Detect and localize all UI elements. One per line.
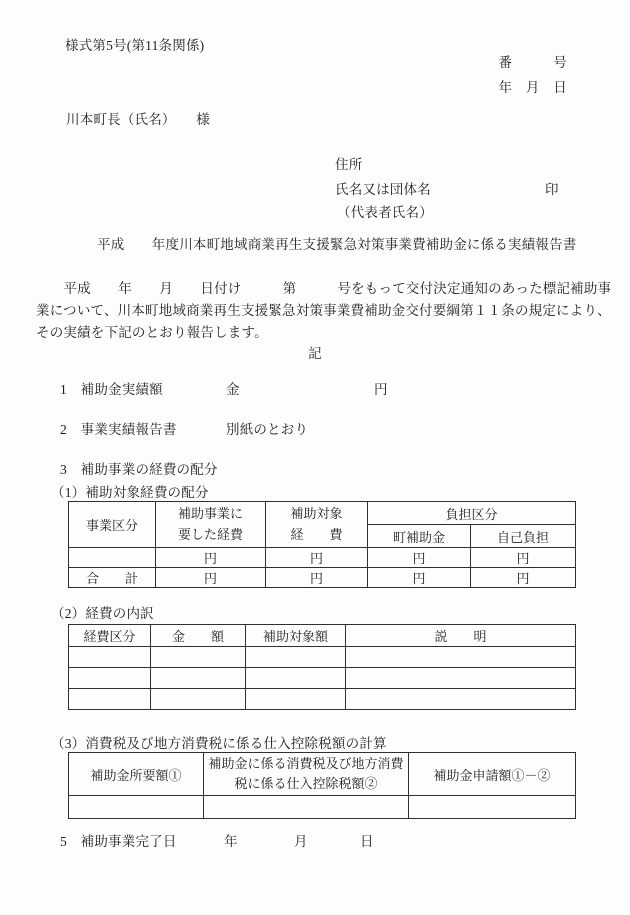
empty-cell: [151, 689, 246, 710]
empty-cell: [246, 689, 346, 710]
col-header-tax-deduction-line2: 税に係る仕入控除税額②: [204, 774, 408, 794]
item2-value: 別紙のとおり: [226, 421, 308, 439]
applicant-name-label: 氏名又は団体名: [335, 181, 431, 199]
ki-heading: 記: [0, 345, 630, 363]
col-header-business-category: 事業区分: [69, 502, 156, 548]
item1-amount-prefix: 金: [226, 381, 240, 399]
tax-deduction-table: 補助金所要額① 補助金に係る消費税及び地方消費 税に係る仕入控除税額② 補助金申…: [68, 752, 576, 819]
yen-unit-cell: 円: [156, 568, 266, 588]
col-header-eligible-amount: 補助対象額: [246, 625, 346, 647]
item5-year-label: 年: [224, 833, 238, 851]
section2-heading: （2）経費の内訳: [51, 605, 154, 623]
empty-cell: [409, 796, 576, 819]
address-label: 住所: [335, 156, 362, 174]
empty-cell: [246, 668, 346, 689]
yen-unit-cell: 円: [471, 548, 576, 568]
col-header-explanation: 説 明: [346, 625, 576, 647]
yen-unit-cell: 円: [368, 548, 471, 568]
item3-label: 3 補助事業の経費の配分: [60, 461, 218, 479]
body-paragraph-line-2: 業について、川本町地域商業再生支援緊急対策事業費補助金交付要綱第１１条の規定によ…: [36, 302, 611, 320]
empty-cell: [246, 647, 346, 668]
col-header-eligible-cost-line2: 経 費: [266, 525, 367, 545]
table-row: [69, 668, 576, 689]
col-header-project-cost-line1: 補助事業に: [156, 504, 265, 524]
table-row: [69, 689, 576, 710]
expense-breakdown-table: 経費区分 金 額 補助対象額 説 明: [68, 624, 576, 710]
item5-month-label: 月: [294, 833, 308, 851]
col-header-subsidy-application: 補助金申請額①－②: [409, 753, 576, 796]
representative-name-label: （代表者氏名）: [337, 204, 433, 222]
cost-allocation-table: 事業区分 補助事業に 要した経費 補助対象 経 費 負担区分 町補助金 自己負担…: [68, 501, 576, 588]
empty-cell: [204, 796, 409, 819]
col-header-eligible-cost: 補助対象 経 費: [266, 502, 368, 548]
col-header-expense-category: 経費区分: [69, 625, 151, 647]
blank-business-cell: [69, 548, 156, 568]
yen-unit-cell: 円: [368, 568, 471, 588]
empty-cell: [346, 689, 576, 710]
yen-unit-cell: 円: [266, 568, 368, 588]
yen-unit-cell: 円: [156, 548, 266, 568]
item1-amount-unit: 円: [374, 381, 388, 399]
empty-cell: [151, 668, 246, 689]
table-row: [69, 647, 576, 668]
empty-cell: [69, 689, 151, 710]
document-number-line: 番 号: [499, 54, 568, 72]
form-number-note: 様式第5号(第11条関係): [65, 37, 204, 55]
empty-cell: [69, 796, 204, 819]
subsidy-performance-report-form: 様式第5号(第11条関係) 番 号 年 月 日 川本町長（氏名） 様 住所 氏名…: [0, 0, 630, 915]
table-header-row: 補助金所要額① 補助金に係る消費税及び地方消費 税に係る仕入控除税額② 補助金申…: [69, 753, 576, 796]
yen-unit-cell: 円: [266, 548, 368, 568]
col-header-town-subsidy: 町補助金: [368, 525, 471, 548]
col-header-subsidy-required: 補助金所要額①: [69, 753, 204, 796]
table-row: [69, 796, 576, 819]
document-date-line: 年 月 日: [499, 79, 568, 97]
table-row: 円 円 円 円: [69, 548, 576, 568]
item5-label: 5 補助事業完了日: [60, 833, 177, 851]
item2-label: 2 事業実績報告書: [60, 421, 177, 439]
col-header-burden-category: 負担区分: [368, 502, 576, 525]
col-header-self-burden: 自己負担: [471, 525, 576, 548]
table-header-row: 経費区分 金 額 補助対象額 説 明: [69, 625, 576, 647]
table-total-row: 合 計 円 円 円 円: [69, 568, 576, 588]
section3-heading: （3）消費税及び地方消費税に係る仕入控除税額の計算: [51, 735, 387, 753]
empty-cell: [69, 668, 151, 689]
empty-cell: [69, 647, 151, 668]
col-header-project-cost: 補助事業に 要した経費: [156, 502, 266, 548]
col-header-amount: 金 額: [151, 625, 246, 647]
col-header-project-cost-line2: 要した経費: [156, 525, 265, 545]
addressee-line: 川本町長（氏名） 様: [66, 111, 210, 129]
col-header-tax-deduction-line1: 補助金に係る消費税及び地方消費: [204, 754, 408, 774]
empty-cell: [151, 647, 246, 668]
empty-cell: [346, 668, 576, 689]
col-header-eligible-cost-line1: 補助対象: [266, 504, 367, 524]
yen-unit-cell: 円: [471, 568, 576, 588]
item1-label: 1 補助金実績額: [60, 381, 163, 399]
document-title: 平成 年度川本町地域商業再生支援緊急対策事業費補助金に係る実績報告書: [97, 236, 577, 254]
body-paragraph-line-3: その実績を下記のとおり報告します。: [36, 324, 268, 342]
item5-day-label: 日: [360, 833, 374, 851]
total-label-cell: 合 計: [69, 568, 156, 588]
body-paragraph-line-1: 平成 年 月 日付け 第 号をもって交付決定通知のあった標記補助事: [36, 280, 611, 298]
seal-label: 印: [545, 181, 559, 199]
col-header-tax-deduction: 補助金に係る消費税及び地方消費 税に係る仕入控除税額②: [204, 753, 409, 796]
section1-heading: （1）補助対象経費の配分: [51, 484, 209, 502]
empty-cell: [346, 647, 576, 668]
